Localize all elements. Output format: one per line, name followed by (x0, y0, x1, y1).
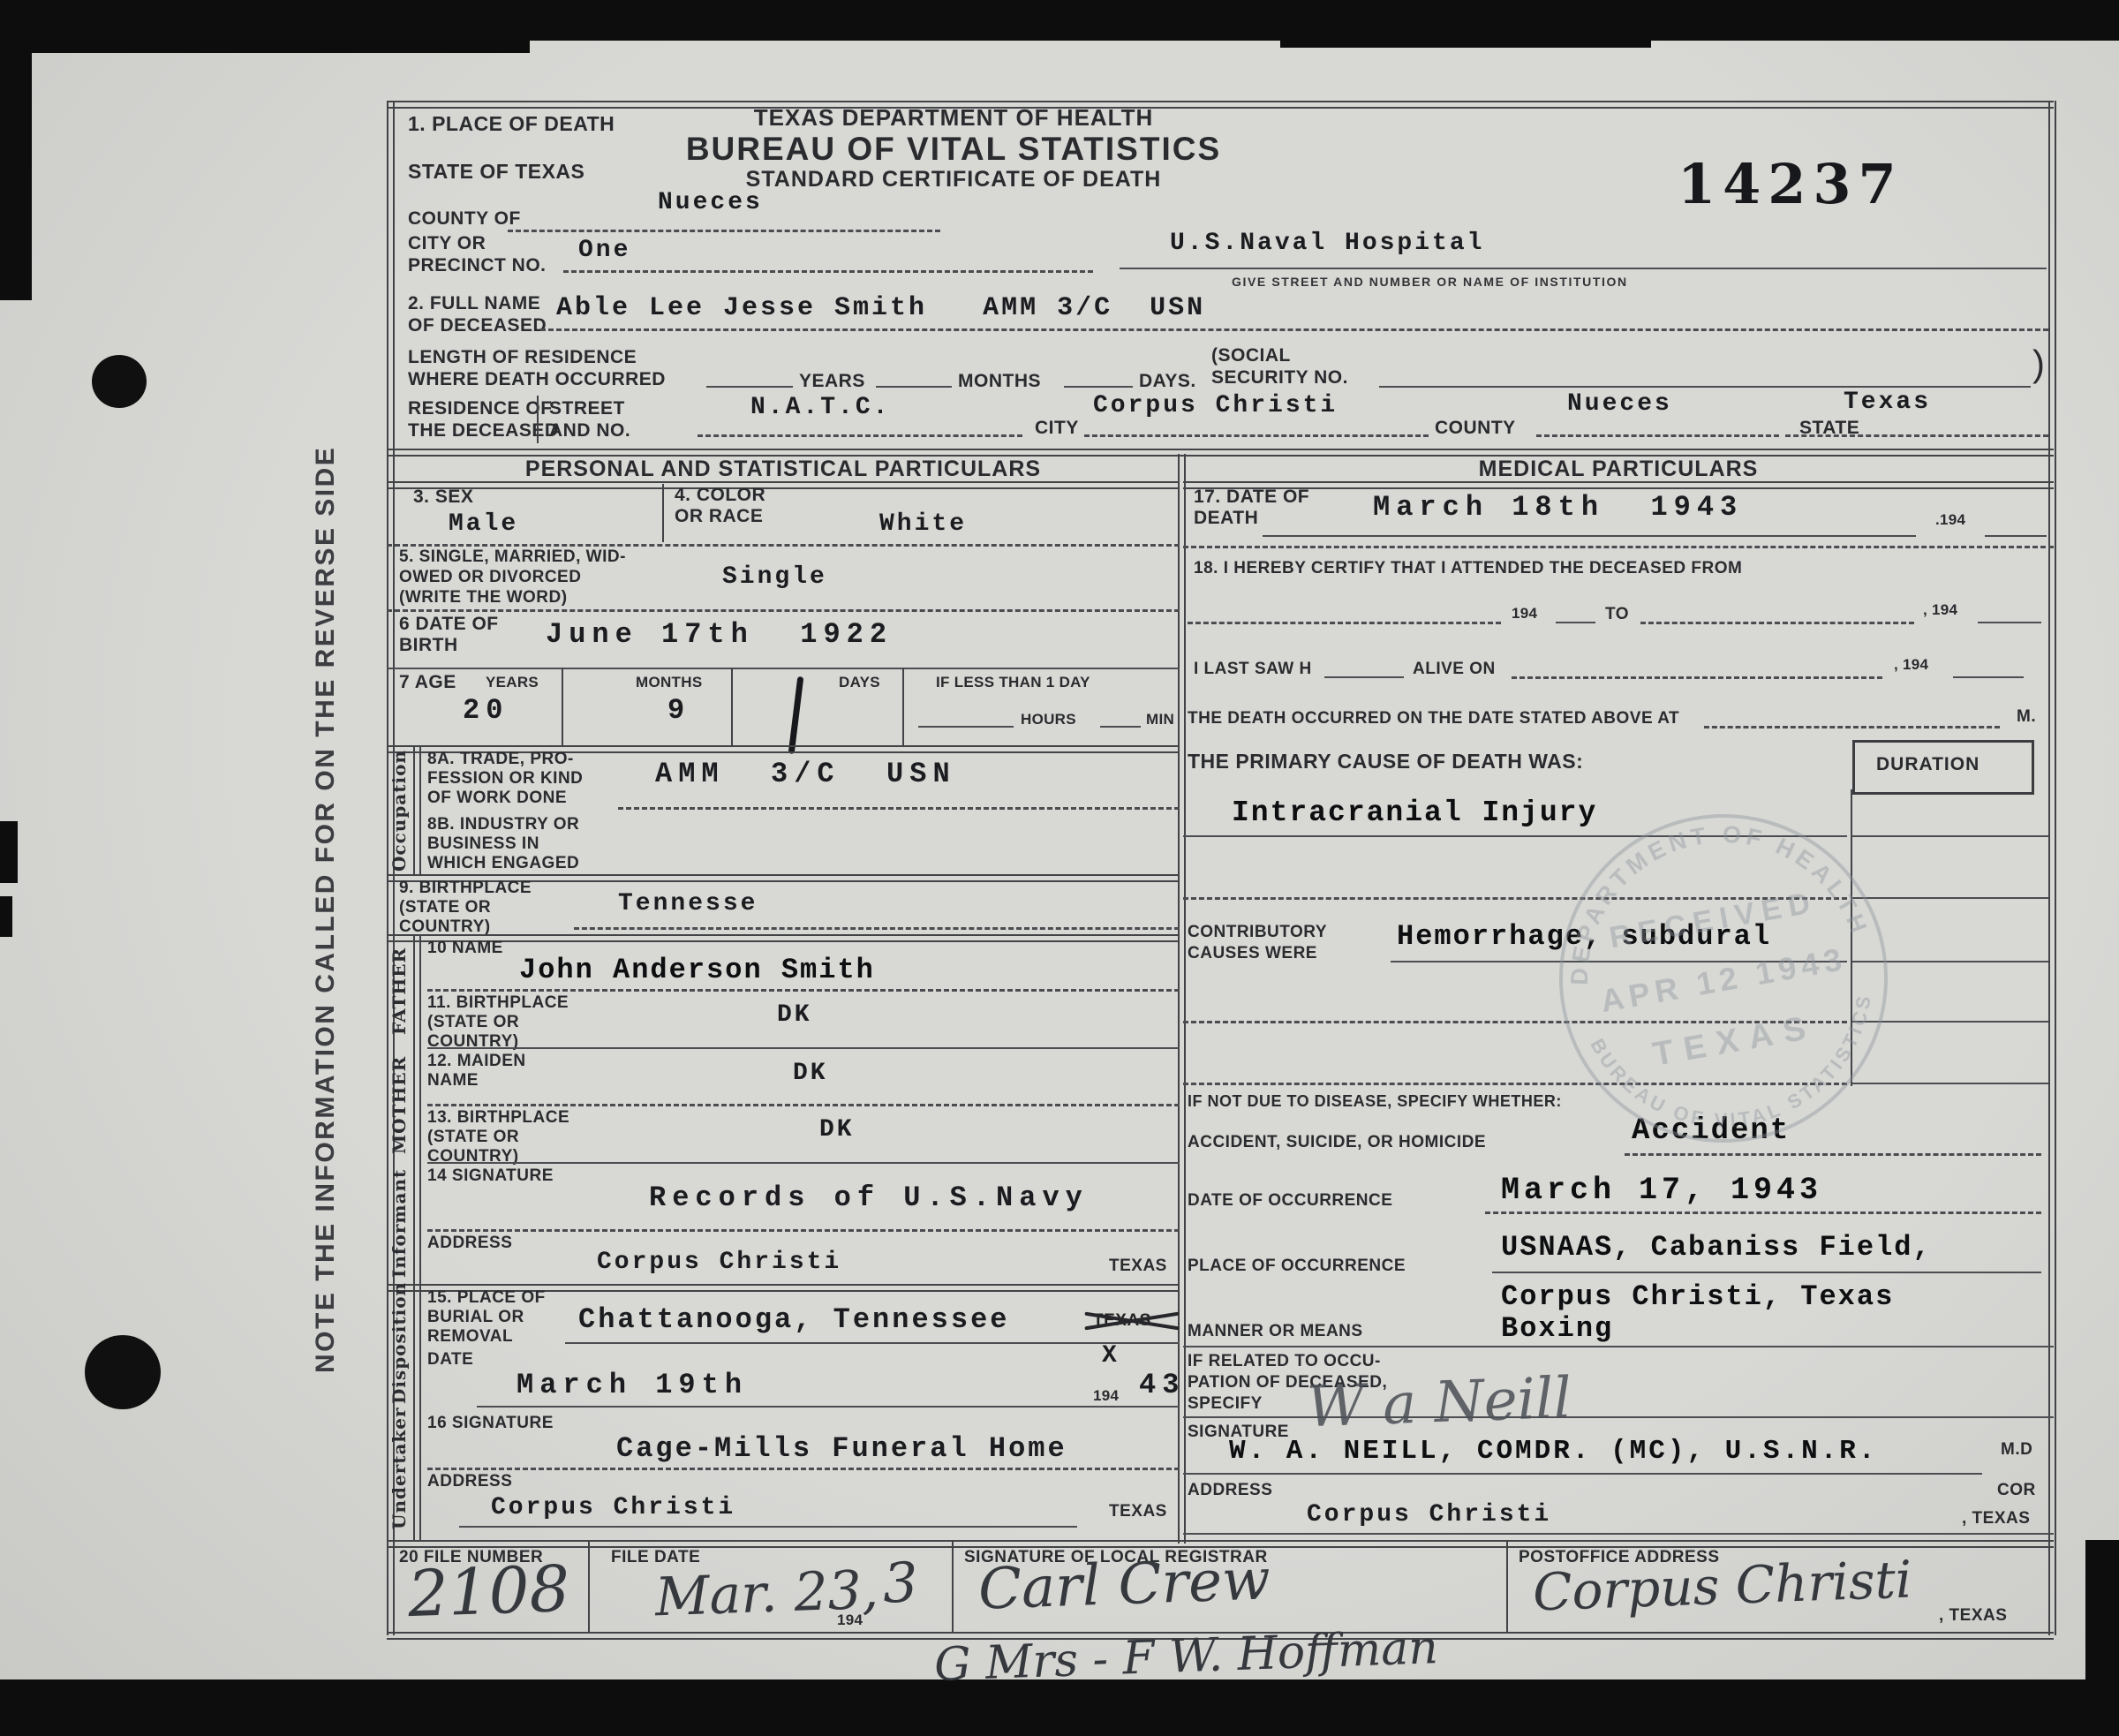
from-blank (1188, 622, 1501, 624)
ssn-close-paren: ) (2032, 344, 2046, 383)
row-rule (427, 989, 1180, 992)
occurrence-date-underline (1485, 1211, 2041, 1214)
industry-label3: WHICH ENGAGED (427, 855, 579, 872)
from-year: 194 (1512, 606, 1537, 622)
lastsaw-blank2 (1512, 676, 1882, 679)
file-number-value: 2108 (407, 1551, 571, 1631)
informant-addr-label: ADDRESS (427, 1234, 512, 1252)
marital-label1: 5. SINGLE, MARRIED, WID- (399, 548, 626, 566)
m-suffix: M. (2017, 708, 2036, 726)
precinct-underline (563, 270, 1093, 273)
row-rule (387, 934, 1180, 942)
street-label2: AND NO. (549, 421, 630, 441)
precinct-no-label: PRECINCT NO. (408, 256, 547, 275)
file-date-label: FILE DATE (611, 1549, 700, 1566)
physician-addr-value: Corpus Christi (1307, 1501, 1551, 1528)
side-bracket-line (413, 1284, 421, 1409)
mother-bp-value: DK (819, 1116, 855, 1143)
scan-edge-bottom (0, 1679, 2119, 1736)
row-rule (618, 807, 1180, 810)
burial-value: Chattanooga, Tennessee (578, 1303, 1009, 1336)
informant-side-label: Informant (388, 1167, 410, 1279)
dod-value: March 18th 1943 (1373, 491, 1743, 524)
undertaker-sig-value: Cage-Mills Funeral Home (616, 1432, 1067, 1465)
city-field-value: Corpus Christi (1093, 392, 1338, 419)
min-blank (1100, 726, 1141, 728)
informant-sig-label: 14 SIGNATURE (427, 1167, 554, 1185)
row-rule (387, 609, 1180, 612)
certify-line: 18. I HEREBY CERTIFY THAT I ATTENDED THE… (1194, 560, 1742, 577)
occurrence-place-label: PLACE OF OCCURRENCE (1188, 1257, 1406, 1275)
residence-bottom-rule (387, 449, 2054, 457)
fullname-underline (540, 328, 2048, 331)
side-bracket-line (413, 1409, 421, 1540)
burial-x-mark: X (1102, 1342, 1120, 1370)
medical-section-header: MEDICAL PARTICULARS (1183, 457, 2054, 480)
stamp-state: TEXAS (1650, 1008, 1819, 1074)
physician-addr-state: , TEXAS (1962, 1510, 2030, 1528)
age-label: 7 AGE (399, 673, 456, 692)
primary-cause-label: THE PRIMARY CAUSE OF DEATH WAS: (1188, 751, 1583, 772)
personal-section-rule (387, 481, 1180, 489)
city-or-label: CITY OR (408, 234, 486, 253)
age-months-value: 9 (667, 694, 690, 727)
dob-label1: 6 DATE OF (399, 615, 499, 634)
county-field-value: Nueces (1567, 390, 1672, 418)
sex-color-divider (662, 484, 664, 542)
row-rule (427, 1468, 1180, 1470)
dod-underline (1263, 535, 1916, 537)
manner-label: MANNER OR MEANS (1188, 1323, 1363, 1340)
if-not-due-label: IF NOT DUE TO DISEASE, SPECIFY WHETHER: (1188, 1093, 1562, 1110)
fullname-value: Able Lee Jesse Smith AMM 3/C USN (556, 293, 1205, 323)
days-label: DAYS. (1139, 372, 1196, 391)
trade-label2: FESSION OR KIND (427, 770, 583, 788)
row-rule (574, 927, 1180, 930)
physician-addr-label: ADDRESS (1188, 1482, 1272, 1499)
father-bp-label2: (STATE OR (427, 1014, 519, 1031)
state-field-value: Texas (1844, 389, 1931, 416)
margin-note: NOTE THE INFORMATION CALLED FOR ON THE R… (311, 380, 341, 1439)
ssn-blank (1379, 386, 2031, 388)
burial-label2: BURIAL OR (427, 1309, 524, 1326)
lastsaw-label2: ALIVE ON (1413, 660, 1496, 678)
row-rule (387, 544, 1180, 547)
burial-date-value: March 19th (517, 1369, 748, 1401)
physician-signature-script: W a Neill (1306, 1366, 1572, 1440)
undertaker-addr-state: TEXAS (1109, 1503, 1167, 1521)
addr-underline (1183, 1533, 2054, 1535)
related-label1: IF RELATED TO OCCU- (1188, 1353, 1381, 1370)
place-of-death-label: 1. PLACE OF DEATH (408, 113, 615, 134)
side-bracket-line (413, 1162, 421, 1284)
bottom-cell-divider (588, 1542, 590, 1634)
row-rule (427, 1047, 1180, 1049)
occurrence-date-value: March 17, 1943 (1501, 1173, 1822, 1208)
ssn-label1: (SOCIAL (1211, 346, 1291, 366)
length-label2: WHERE DEATH OCCURRED (408, 370, 666, 389)
dept-title-line3: STANDARD CERTIFICATE OF DEATH (618, 168, 1289, 191)
institution-value: U.S.Naval Hospital (1170, 230, 1484, 257)
certificate-number: 14237 (1678, 152, 1904, 216)
color-label1: 4. COLOR (675, 486, 765, 505)
fullname-label1: 2. FULL NAME (408, 294, 540, 313)
sex-value: Male (449, 510, 518, 538)
years-blank (706, 386, 793, 388)
lastsaw-blank1 (1324, 676, 1404, 678)
form-border-right (2048, 101, 2056, 1635)
trade-label1: 8A. TRADE, PRO- (427, 751, 574, 768)
hours-label: HOURS (1021, 712, 1076, 728)
manner-underline (1183, 1346, 2054, 1347)
dod-label2: DEATH (1194, 509, 1258, 528)
to-blank (1640, 622, 1914, 624)
precinct-value: One (578, 237, 630, 264)
postoffice-state: , TEXAS (1939, 1607, 2007, 1625)
row-rule (477, 1406, 1180, 1408)
cor-label: COR (1997, 1482, 2036, 1499)
md-label: M.D (2001, 1441, 2032, 1459)
trade-label3: OF WORK DONE (427, 789, 567, 807)
dod-year-suffix: .194 (1935, 512, 1965, 528)
maiden-label2: NAME (427, 1072, 479, 1090)
contributory-label2: CAUSES WERE (1188, 945, 1317, 962)
signature-underline (1183, 1473, 1982, 1475)
scan-edge-left-nub (0, 821, 18, 883)
contributory-label1: CONTRIBUTORY (1188, 924, 1327, 941)
birthplace-value: Tennesse (618, 890, 758, 917)
months-blank (876, 386, 952, 388)
dept-title-line2: BUREAU OF VITAL STATISTICS (618, 132, 1289, 167)
sex-label: 3. SEX (413, 487, 473, 507)
burial-date-label: DATE (427, 1351, 473, 1369)
burial-label3: REMOVAL (427, 1328, 513, 1346)
row-rule (565, 1342, 1180, 1344)
dod-label1: 17. DATE OF (1194, 487, 1309, 507)
father-side-label: FATHER (388, 938, 410, 1044)
to-label: TO (1605, 606, 1629, 623)
residence-label1: RESIDENCE OF (408, 399, 553, 419)
bottom-row-top-rule (387, 1540, 2054, 1548)
undertaker-side-label: Undertaker (388, 1415, 410, 1529)
side-bracket-line (413, 1047, 421, 1162)
row-rule (1183, 546, 2054, 548)
color-value: White (879, 510, 967, 538)
min-label: MIN (1146, 712, 1174, 728)
fullname-label2: OF DECEASED (408, 316, 547, 336)
age-divider (902, 668, 904, 745)
personal-section-header: PERSONAL AND STATISTICAL PARTICULARS (387, 457, 1180, 480)
institution-underline (1120, 268, 2047, 269)
lastsaw-year: , 194 (1894, 657, 1928, 673)
county-value: Nueces (658, 189, 763, 216)
occurrence-place-value1: USNAAS, Cabaniss Field, (1501, 1231, 1932, 1264)
row-rule (427, 1162, 1180, 1164)
institution-hint: GIVE STREET AND NUMBER OR NAME OF INSTIT… (1232, 275, 1628, 289)
state-field-underline (1785, 434, 2048, 437)
age-months-label: MONTHS (636, 675, 702, 691)
age-days-label: DAYS (839, 675, 880, 691)
age-years-label: YEARS (486, 675, 539, 691)
street-underline (698, 434, 1022, 437)
row-rule (427, 1104, 1180, 1106)
disposition-side-label: Disposition (388, 1289, 410, 1404)
months-label: MONTHS (958, 372, 1041, 391)
informant-addr-value: Corpus Christi (597, 1249, 841, 1276)
maiden-label1: 12. MAIDEN (427, 1053, 526, 1070)
row-rule (387, 668, 1180, 669)
received-stamp: DEPARTMENT OF HEALTH BUREAU OF VITAL STA… (1533, 788, 1914, 1169)
father-name-value: John Anderson Smith (519, 954, 875, 986)
street-label1: STREET (549, 399, 625, 419)
father-bp-value: DK (777, 1001, 812, 1029)
registrar-signature: Carl Crew (977, 1547, 1271, 1622)
maiden-value: DK (793, 1060, 828, 1087)
city-field-underline (1084, 434, 1429, 437)
birthplace-label2: (STATE OR (399, 899, 491, 917)
father-bp-label1: 11. BIRTHPLACE (427, 994, 569, 1012)
file-date-year-prefix: 194 (837, 1612, 863, 1628)
lastsaw-label1: I LAST SAW H (1194, 660, 1312, 678)
accident-label: ACCIDENT, SUICIDE, OR HOMICIDE (1188, 1134, 1486, 1151)
undertaker-addr-label: ADDRESS (427, 1473, 512, 1491)
occurrence-date-label: DATE OF OCCURRENCE (1188, 1192, 1392, 1210)
length-label1: LENGTH OF RESIDENCE (408, 348, 637, 367)
occurred-blank (1704, 726, 2000, 728)
occurred-line: THE DEATH OCCURRED ON THE DATE STATED AB… (1188, 710, 1679, 728)
lastsaw-blank3 (1953, 676, 2024, 678)
undertaker-addr-value: Corpus Christi (491, 1494, 735, 1521)
row-rule (427, 1229, 1180, 1232)
to-blank2 (1978, 622, 2041, 623)
age-years-value: 20 (463, 694, 509, 727)
bottom-cell-divider (1506, 1542, 1508, 1634)
occurrence-place-underline (1492, 1272, 2041, 1273)
birthplace-label3: COUNTRY) (399, 918, 491, 936)
medical-section-rule (1183, 481, 2054, 489)
dod-underline2 (1985, 535, 2047, 537)
street-value: N.A.T.C. (750, 394, 890, 421)
file-date-year-value: 3 (882, 1550, 919, 1615)
scan-edge-left-nub2 (0, 896, 12, 937)
side-bracket-line (413, 745, 421, 874)
hole-punch-top (92, 355, 147, 408)
birthplace-label1: 9. BIRTHPLACE (399, 879, 532, 897)
state-of-texas-label: STATE OF TEXAS (408, 161, 584, 182)
age-divider (731, 668, 733, 745)
days-blank (1064, 386, 1133, 388)
marital-label2: OWED OR DIVORCED (399, 569, 581, 586)
if-less-label: IF LESS THAN 1 DAY (936, 675, 1090, 691)
county-underline (508, 230, 940, 232)
stamp-received: RECEIVED (1607, 886, 1820, 955)
occurrence-place-value2: Corpus Christi, Texas (1501, 1280, 1894, 1313)
county-field-label: COUNTY (1435, 419, 1516, 438)
duration-box: DURATION (1852, 740, 2034, 795)
physician-name-value: W. A. NEILL, COMDR. (MC), U.S.N.R. (1229, 1436, 1878, 1467)
county-field-underline (1536, 434, 1779, 437)
residence-separator (537, 396, 539, 443)
marital-label3: (WRITE THE WORD) (399, 589, 568, 607)
county-of-label: COUNTY OF (408, 209, 521, 229)
years-label: YEARS (799, 372, 865, 391)
scanned-death-certificate: NOTE THE INFORMATION CALLED FOR ON THE R… (0, 0, 2119, 1736)
residence-label2: THE DECEASED (408, 421, 559, 441)
scan-edge-top-left (0, 0, 530, 53)
ssn-label2: SECURITY NO. (1211, 368, 1348, 388)
row-rule (459, 1526, 1077, 1528)
from-blank2 (1556, 622, 1595, 623)
bottom-cell-divider (952, 1542, 954, 1634)
age-divider (562, 668, 563, 745)
manner-value: Boxing (1501, 1312, 1613, 1345)
dob-value: June 17th 1922 (546, 618, 893, 651)
stamp-date: APR 12 1943 (1598, 940, 1850, 1019)
dept-title-line1: TEXAS DEPARTMENT OF HEALTH (618, 106, 1289, 130)
industry-label1: 8B. INDUSTRY OR (427, 816, 579, 834)
burial-year-prefix: 194 (1093, 1388, 1119, 1404)
undertaker-sig-label: 16 SIGNATURE (427, 1415, 554, 1432)
scan-edge-top-mid (1280, 0, 1651, 48)
informant-sig-value: Records of U.S.Navy (649, 1181, 1089, 1214)
scan-edge-left (0, 0, 32, 300)
marital-value: Single (722, 563, 827, 591)
trade-value: AMM 3/C USN (655, 758, 956, 790)
industry-label2: BUSINESS IN (427, 835, 539, 853)
informant-addr-state: TEXAS (1109, 1257, 1167, 1275)
side-bracket-line (413, 934, 421, 1047)
to-year: , 194 (1923, 602, 1957, 618)
mother-bp-label1: 13. BIRTHPLACE (427, 1109, 569, 1127)
father-name-label: 10 NAME (427, 940, 503, 957)
hours-blank (918, 726, 1014, 728)
city-field-label: CITY (1035, 419, 1079, 438)
occupation-side-label: Occupation (388, 749, 410, 872)
mother-side-label: MOTHER (388, 1053, 410, 1157)
hole-punch-bottom (85, 1335, 161, 1409)
duration-label: DURATION (1876, 755, 1979, 774)
scan-edge-bottom-right (2085, 1540, 2119, 1736)
dob-label2: BIRTH (399, 636, 458, 655)
related-label3: SPECIFY (1188, 1395, 1263, 1413)
mother-bp-label2: (STATE OR (427, 1128, 519, 1146)
burial-label1: 15. PLACE OF (427, 1289, 546, 1307)
burial-year-value: 43 (1139, 1369, 1185, 1401)
color-label2: OR RACE (675, 507, 763, 526)
